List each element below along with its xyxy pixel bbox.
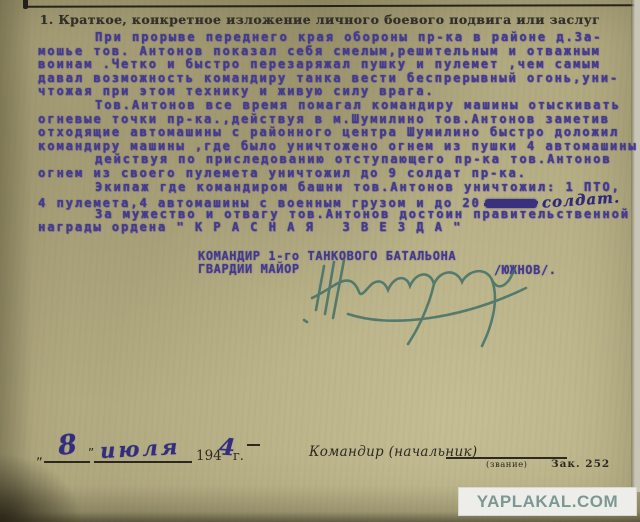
watermark-badge: YAPLAKAL.COM (458, 487, 637, 516)
watermark-label: YAPLAKAL.COM (477, 492, 618, 512)
citation-line: огневые точки пр-ка.,действуя в м.Шумили… (38, 112, 634, 126)
footer-rank-caption: (звание) (486, 460, 527, 470)
citation-line: Тов.Антонов все время помагал командиру … (38, 98, 634, 112)
citation-line: чтожая при этом технику и живую силу вра… (38, 84, 634, 98)
date-month-handwritten: июля (99, 434, 181, 463)
commander-rank-line: ГВАРДИИ МАЙОР (198, 262, 300, 276)
citation-line: мошье тов. Антонов показал себя смелым,р… (38, 44, 634, 58)
scanned-document: 1. Краткое, конкретное изложение личного… (0, 0, 640, 522)
citation-line-with-correction: 4 пулемета,4 автомашины с военным грузом… (38, 193, 634, 207)
date-day-underline (44, 461, 90, 463)
typed-citation-text: При прорыве переднего края обороны пр-ка… (38, 30, 634, 234)
award-name-line: награды ордена " К Р А С Н А Я З В Е З Д… (38, 220, 634, 234)
date-open-quote: „ (36, 448, 43, 463)
date-close-quote: ” (88, 446, 94, 460)
date-month-underline (94, 461, 192, 463)
citation-line: отходящие автомашины с районного центра … (38, 125, 634, 139)
citation-line: огнем из своего пулемета уничтожил до 9 … (38, 166, 634, 180)
date-dash-mark (247, 444, 260, 446)
footer-signature-line (446, 457, 567, 459)
citation-line: При прорыве переднего края обороны пр-ка… (38, 30, 634, 44)
scan-edge-mark (23, 0, 28, 9)
date-year-suffix: г. (233, 449, 244, 464)
section-header: 1. Краткое, конкретное изложение личного… (0, 12, 640, 27)
citation-line: воинам .Четко и быстро перезаряжал пушку… (38, 57, 634, 71)
citation-line: действуя по приследованию отступающего п… (38, 152, 634, 166)
footer-print-reference: Зак. 252 (551, 458, 610, 470)
citation-line: Экипаж где командиром башни тов.Антонов … (38, 180, 634, 194)
signature-ink (290, 236, 560, 351)
citation-line: давал возможность командиру танка вести … (38, 71, 634, 85)
top-rule-line (28, 4, 639, 8)
citation-line: командиру машины ,где было уничтожено ог… (38, 139, 634, 153)
date-day-handwritten: 8 (56, 429, 78, 462)
